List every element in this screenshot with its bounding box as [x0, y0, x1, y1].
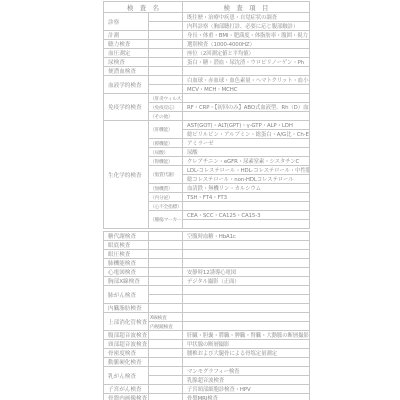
- exam-item-cell: 白血球・赤血球・血色素量・ヘマトクリット・血小板: [183, 76, 310, 85]
- exam-row: 動脈硬化検査: [104, 358, 310, 367]
- exam-sub-cell: （免疫反応）: [149, 103, 183, 112]
- exam-sub-cell: [149, 49, 183, 58]
- exam-sub-cell: （心不全指標）: [149, 202, 183, 211]
- exam-name-cell: 血圧測定: [104, 49, 149, 58]
- exam-sub-cell: [149, 385, 183, 394]
- exam-item-cell: LDL-コレステロール・HDL-コレステロール・中性脂肪: [183, 166, 310, 175]
- exam-item-cell: [183, 304, 310, 313]
- exam-sub-cell: [149, 259, 183, 268]
- exam-sub-cell: （尿酸）: [149, 148, 183, 157]
- exam-name-cell: 眼圧検査: [104, 250, 149, 259]
- exam-sub-cell: （脂質代謝）: [149, 166, 183, 184]
- exam-item-cell: [183, 202, 310, 211]
- exam-item-cell: [183, 250, 310, 259]
- exam-item-cell: AST(GOT)・ALT(GPT)・γ-GTP・ALP・LDH: [183, 121, 310, 130]
- exam-row: 頸部超音波検査甲状腺の断層撮影: [104, 340, 310, 349]
- exam-item-cell: クレアチニン・eGFR・尿素窒素・シスタチンC: [183, 157, 310, 166]
- exam-name-cell: 子宮がん検査: [104, 385, 149, 394]
- exam-item-cell: 子宮頸部細胞診検査・HPV: [183, 385, 310, 394]
- exam-row: 眼圧検査: [104, 250, 310, 259]
- exam-table-upper: 検 査 名 検 査 項 目 診察既往歴・治療中疾患・自覚症状の調査内科診察（胸部…: [103, 1, 310, 229]
- exam-sub-cell: [149, 76, 183, 85]
- exam-row: 眼底検査: [104, 241, 310, 250]
- exam-item-cell: 蛋白・糖・潜血・尿沈渣・ウロビリノーゲン・Ph: [183, 58, 310, 67]
- exam-sub-cell: （腫瘍マーカー）: [149, 211, 183, 229]
- exam-sub-cell: 内視鏡検査: [149, 322, 183, 331]
- exam-name-cell: 免疫学的検査: [104, 94, 149, 121]
- exam-item-cell: MCV・MCH・MCHC: [183, 85, 310, 94]
- exam-name-cell: 糖代謝検査: [104, 232, 149, 241]
- exam-sub-cell: （肝炎ウィルス）: [149, 94, 183, 103]
- exam-name-cell: 骨密度検査: [104, 349, 149, 358]
- exam-sub-cell: [149, 367, 183, 376]
- exam-row: 生化学的検査（肝機能）AST(GOT)・ALT(GPT)・γ-GTP・ALP・L…: [104, 121, 310, 130]
- exam-sub-cell: （膵機能）: [149, 139, 183, 148]
- exam-row: 便潜血検査: [104, 67, 310, 76]
- exam-item-cell: [183, 322, 310, 331]
- exam-item-cell: [183, 220, 310, 229]
- exam-name-cell: 胸部X線検査: [104, 277, 149, 286]
- exam-item-cell: マンモグラフィー検査: [183, 367, 310, 376]
- exam-name-cell: 心電図検査: [104, 268, 149, 277]
- exam-row: 上部消化管検査X線検査: [104, 313, 310, 322]
- exam-row: 診察既往歴・治療中疾患・自覚症状の調査: [104, 13, 310, 22]
- exam-item-header: 検 査 項 目: [183, 2, 310, 13]
- exam-item-cell: 甲状腺の断層撮影: [183, 340, 310, 349]
- exam-sub-cell: [149, 376, 183, 385]
- medical-exam-document: 検 査 名 検 査 項 目 診察既往歴・治療中疾患・自覚症状の調査内科診察（胸部…: [0, 0, 400, 400]
- exam-row: 糖代謝検査空腹時血糖・HbA1c: [104, 232, 310, 241]
- exam-row: 肺がん検査: [104, 286, 310, 295]
- exam-sub-cell: [149, 85, 183, 94]
- exam-sub-cell: [149, 331, 183, 340]
- exam-row: 子宮がん検査子宮頸部細胞診検査・HPV: [104, 385, 310, 394]
- exam-name-cell: 乳がん検査: [104, 367, 149, 385]
- exam-item-cell: RF・CRP・【初回のみ】ABO式血液型、Rh（D）血液型: [183, 103, 310, 112]
- exam-row: 骨盤内画像検査骨盤MRI検査: [104, 394, 310, 400]
- exam-name-cell: 骨盤内画像検査: [104, 394, 149, 400]
- exam-sub-cell: [149, 295, 183, 304]
- exam-name-cell: 上部消化管検査: [104, 313, 149, 331]
- exam-item-cell: 内科診察（胸部聴打診、必要に応じ腹部触診）: [183, 22, 310, 31]
- exam-sub-cell: [149, 241, 183, 250]
- exam-table-lower: 糖代謝検査空腹時血糖・HbA1c眼底検査眼圧検査肺機能検査心電図検査安静時12誘…: [103, 231, 310, 400]
- exam-item-cell: [183, 286, 310, 295]
- exam-sub-cell: [149, 13, 183, 22]
- exam-sub-cell: （肝機能）: [149, 121, 183, 139]
- exam-sub-cell: [149, 277, 183, 286]
- exam-sub-cell: [149, 340, 183, 349]
- exam-row: 胸部X線検査デジタル撮影（正面）: [104, 277, 310, 286]
- exam-name-cell: 肺機能検査: [104, 259, 149, 268]
- exam-row: 心電図検査安静時12誘導心電図: [104, 268, 310, 277]
- exam-row: 免疫学的検査（肝炎ウィルス）: [104, 94, 310, 103]
- exam-name-cell: 計測: [104, 31, 149, 40]
- exam-item-cell: デジタル撮影（正面）: [183, 277, 310, 286]
- exam-sub-cell: [149, 250, 183, 259]
- exam-item-cell: 既往歴・治療中疾患・自覚症状の調査: [183, 13, 310, 22]
- exam-sub-cell: [149, 22, 183, 31]
- exam-item-cell: 選別検査（1000-4000HZ）: [183, 40, 310, 49]
- exam-table-lower-body: 糖代謝検査空腹時血糖・HbA1c眼底検査眼圧検査肺機能検査心電図検査安静時12誘…: [104, 232, 310, 400]
- exam-item-cell: 肝臓・胆嚢・膵臓・脾臓・腎臓・大動脈の断層撮影: [183, 331, 310, 340]
- exam-name-cell: 肺がん検査: [104, 286, 149, 304]
- exam-item-cell: 腰椎および大腿骨による骨塩定量測定: [183, 349, 310, 358]
- exam-name-cell: 内臓脂肪検査: [104, 304, 149, 313]
- exam-row: 聴力検査選別検査（1000-4000HZ）: [104, 40, 310, 49]
- exam-sub-cell: [149, 232, 183, 241]
- exam-item-cell: 身長・体重・BMI・肥満度・体脂肪率・腹囲・視力: [183, 31, 310, 40]
- exam-sub-cell: [149, 286, 183, 295]
- exam-name-cell: 動脈硬化検査: [104, 358, 149, 367]
- exam-sub-cell: [149, 40, 183, 49]
- exam-name-cell: 聴力検査: [104, 40, 149, 49]
- exam-item-cell: [183, 295, 310, 304]
- exam-row: 骨密度検査腰椎および大腿骨による骨塩定量測定: [104, 349, 310, 358]
- exam-item-cell: 骨盤MRI検査: [183, 394, 310, 400]
- exam-item-cell: 尿酸: [183, 148, 310, 157]
- exam-item-cell: 乳腺超音波検査: [183, 376, 310, 385]
- exam-name-cell: 尿検査: [104, 58, 149, 67]
- exam-sub-cell: （その他）: [149, 112, 183, 121]
- exam-name-header: 検 査 名: [104, 2, 183, 13]
- exam-sub-cell: [149, 268, 183, 277]
- exam-sub-cell: [149, 31, 183, 40]
- exam-name-cell: 便潜血検査: [104, 67, 149, 76]
- exam-item-cell: [183, 313, 310, 322]
- exam-item-cell: CEA・SCC・CA125・CA15-3: [183, 211, 310, 220]
- exam-row: 腹部超音波検査肝臓・胆嚢・膵臓・脾臓・腎臓・大動脈の断層撮影: [104, 331, 310, 340]
- exam-item-cell: 総コレステロール・non-HDLコレステロール: [183, 175, 310, 184]
- exam-sub-cell: [149, 349, 183, 358]
- exam-item-cell: [183, 67, 310, 76]
- exam-name-cell: 頸部超音波検査: [104, 340, 149, 349]
- exam-sub-cell: （腎機能）: [149, 157, 183, 166]
- exam-row: 肺機能検査: [104, 259, 310, 268]
- exam-name-cell: 血液学的検査: [104, 76, 149, 94]
- exam-table-upper-body: 診察既往歴・治療中疾患・自覚症状の調査内科診察（胸部聴打診、必要に応じ腹部触診）…: [104, 13, 310, 229]
- exam-item-cell: 空腹時血糖・HbA1c: [183, 232, 310, 241]
- exam-header-row: 検 査 名 検 査 項 目: [104, 2, 310, 13]
- exam-sub-cell: [149, 394, 183, 400]
- exam-item-cell: [183, 358, 310, 367]
- exam-name-cell: 生化学的検査: [104, 121, 149, 229]
- exam-item-cell: 総ビリルビン・アルブミン・総蛋白・A/G比・Ch-E: [183, 130, 310, 139]
- exam-item-cell: 座位（2回測定値と平均値）: [183, 49, 310, 58]
- exam-item-cell: 安静時12誘導心電図: [183, 268, 310, 277]
- exam-name-cell: 眼底検査: [104, 241, 149, 250]
- exam-sub-cell: [149, 358, 183, 367]
- exam-row: 尿検査蛋白・糖・潜血・尿沈渣・ウロビリノーゲン・Ph: [104, 58, 310, 67]
- exam-table-container: 検 査 名 検 査 項 目 診察既往歴・治療中疾患・自覚症状の調査内科診察（胸部…: [103, 1, 309, 400]
- exam-row: 乳がん検査マンモグラフィー検査: [104, 367, 310, 376]
- exam-sub-cell: [149, 304, 183, 313]
- exam-item-cell: TSH・FT4・FT3: [183, 193, 310, 202]
- exam-item-cell: [183, 112, 310, 121]
- exam-name-cell: 腹部超音波検査: [104, 331, 149, 340]
- exam-item-cell: 血清鉄・無機リン・カルシウム: [183, 184, 310, 193]
- exam-sub-cell: （内分泌）: [149, 193, 183, 202]
- exam-item-cell: [183, 241, 310, 250]
- exam-sub-cell: [149, 67, 183, 76]
- exam-sub-cell: （無機質）: [149, 184, 183, 193]
- exam-row: 内臓脂肪検査: [104, 304, 310, 313]
- exam-row: 計測身長・体重・BMI・肥満度・体脂肪率・腹囲・視力: [104, 31, 310, 40]
- exam-sub-cell: [149, 58, 183, 67]
- exam-item-cell: [183, 94, 310, 103]
- exam-row: 血圧測定座位（2回測定値と平均値）: [104, 49, 310, 58]
- exam-item-cell: アミラーゼ: [183, 139, 310, 148]
- exam-sub-cell: X線検査: [149, 313, 183, 322]
- exam-item-cell: [183, 259, 310, 268]
- exam-name-cell: 診察: [104, 13, 149, 31]
- exam-row: 血液学的検査白血球・赤血球・血色素量・ヘマトクリット・血小板: [104, 76, 310, 85]
